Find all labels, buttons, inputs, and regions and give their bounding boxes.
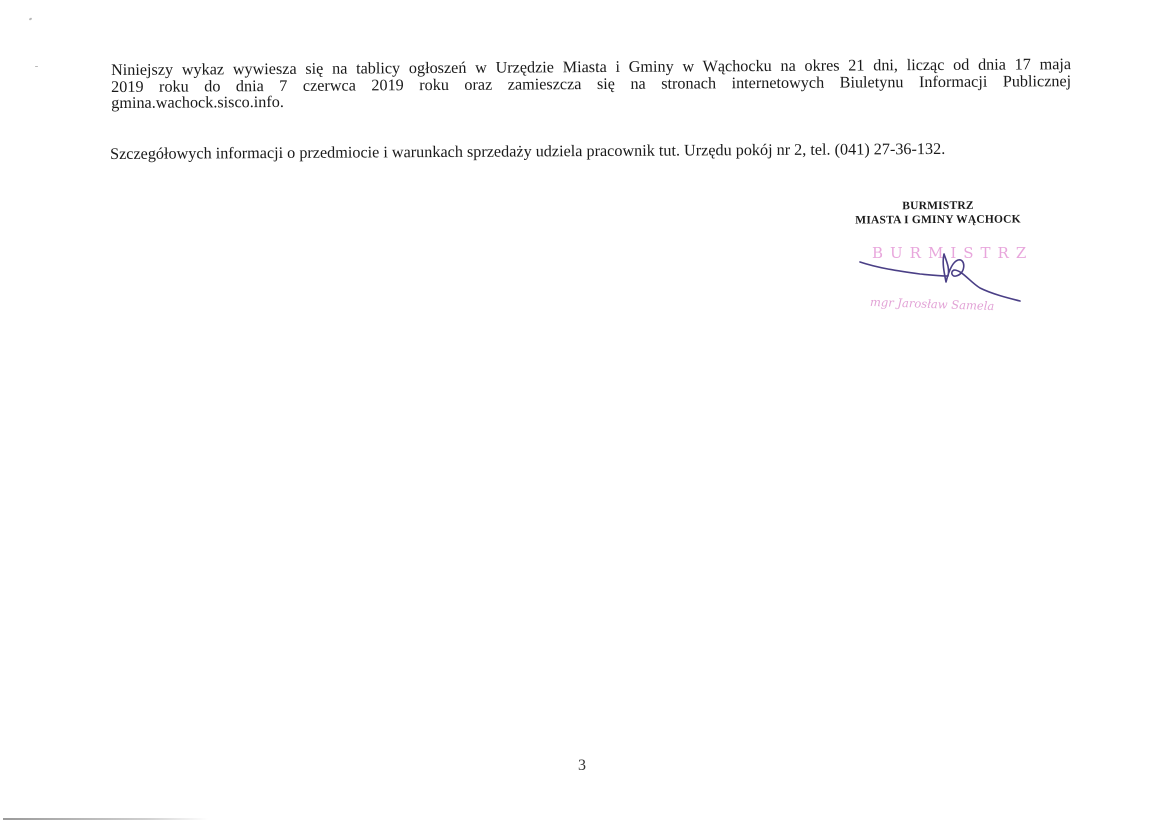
posting-notice-paragraph: Niniejszy wykaz wywiesza się na tablicy … xyxy=(111,56,1071,111)
scan-speck xyxy=(35,66,38,67)
document-page: Niniejszy wykaz wywiesza się na tablicy … xyxy=(0,0,1169,827)
contact-info-paragraph: Szczegółowych informacji o przedmiocie i… xyxy=(110,140,945,163)
scan-edge-line xyxy=(3,818,208,820)
official-stamp: BURMISTRZ mgr Jarosław Samela xyxy=(858,238,1038,318)
signatory-title-line1: BURMISTRZ xyxy=(838,198,1038,213)
signatory-title: BURMISTRZ MIASTA I GMINY WĄCHOCK xyxy=(838,198,1038,227)
signatory-title-line2: MIASTA I GMINY WĄCHOCK xyxy=(838,212,1038,227)
page-number: 3 xyxy=(578,757,586,775)
scan-speck xyxy=(29,17,33,20)
